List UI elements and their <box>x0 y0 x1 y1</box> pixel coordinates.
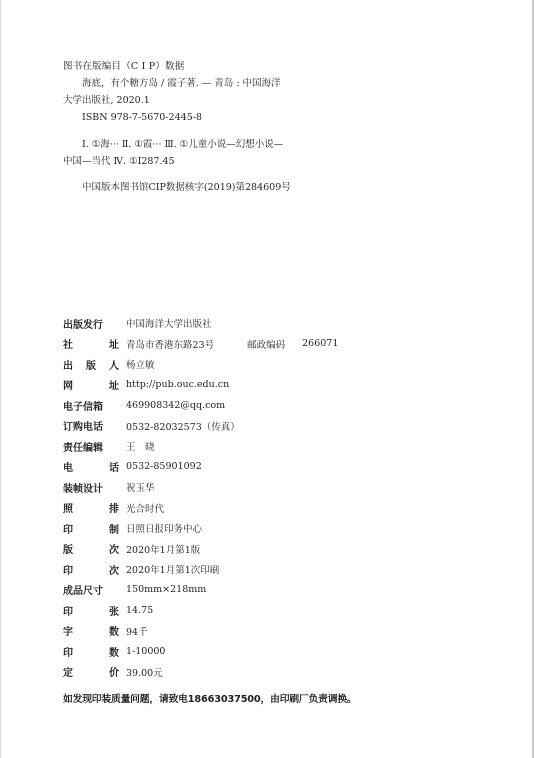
info-row-publisher-person: 出版人 杨立敏 <box>63 354 483 375</box>
row-label: 装帧设计 <box>63 480 119 495</box>
row-label: 电话 <box>63 459 119 474</box>
label-char: 话 <box>109 459 119 474</box>
label-char: 张 <box>109 603 119 618</box>
label-text: 责任编辑 <box>63 439 103 454</box>
label-char: 电 <box>63 459 73 474</box>
row-value: 祝玉华 <box>119 480 155 494</box>
cip-block: 图书在版编目（C I P）数据 海底，有个糖方岛 / 霞子著. — 青岛 : 中… <box>63 58 323 196</box>
row-value: 2020年1月第1版 <box>119 542 200 556</box>
label-char: 照 <box>63 500 73 515</box>
label-char: 数 <box>109 623 119 638</box>
row-label: 网址 <box>63 377 119 392</box>
row-value: 14.75 <box>119 605 153 616</box>
info-row-typesetting: 照排 光合时代 <box>63 498 483 519</box>
row-value: 0532-85901092 <box>119 461 202 472</box>
row-value: 杨立敏 <box>119 357 155 371</box>
row-value: http://pub.ouc.edu.cn <box>119 379 229 390</box>
info-row-sheets: 印张 14.75 <box>63 600 483 621</box>
quality-notice: 如发现印装质量问题，请致电18663037500，由印刷厂负责调换。 <box>63 691 483 705</box>
publication-info: 出版发行 中国海洋大学出版社 社址 青岛市香港东路23号 邮政编码 266071… <box>63 313 483 705</box>
info-row-phone: 电话 0532-85901092 <box>63 457 483 478</box>
postal-code-label: 邮政编码 <box>240 337 285 351</box>
cip-title-line-2: 大学出版社, 2020.1 <box>63 92 323 109</box>
info-row-word-count: 字数 94千 <box>63 621 483 642</box>
label-text: 电子信箱 <box>63 398 103 413</box>
info-row-website: 网址 http://pub.ouc.edu.cn <box>63 375 483 396</box>
cip-number: 中国版本图书馆CIP数据核字(2019)第284609号 <box>63 179 323 196</box>
label-char: 址 <box>109 377 119 392</box>
label-char: 价 <box>109 664 119 679</box>
row-label: 印制 <box>63 521 119 536</box>
label-char: 印 <box>63 562 73 577</box>
label-text: 装帧设计 <box>63 480 103 495</box>
label-char: 网 <box>63 377 73 392</box>
row-label: 责任编辑 <box>63 439 119 454</box>
cip-isbn: ISBN 978-7-5670-2445-8 <box>63 109 323 126</box>
label-char: 排 <box>109 500 119 515</box>
row-value: 2020年1月第1次印刷 <box>119 562 219 576</box>
label-char: 次 <box>109 541 119 556</box>
label-char: 印 <box>63 521 73 536</box>
label-char: 版 <box>63 541 73 556</box>
postal-code-value: 266071 <box>295 338 338 349</box>
row-label: 出版人 <box>63 357 119 372</box>
label-char: 制 <box>109 521 119 536</box>
cip-heading: 图书在版编目（C I P）数据 <box>63 58 323 75</box>
label-char: 次 <box>109 562 119 577</box>
label-char: 出 <box>63 357 73 372</box>
info-row-publisher: 出版发行 中国海洋大学出版社 <box>63 313 483 334</box>
row-label: 印次 <box>63 562 119 577</box>
info-row-editor: 责任编辑 王 晓 <box>63 436 483 457</box>
label-char: 版 <box>86 357 96 372</box>
info-row-printer: 印制 日照日报印务中心 <box>63 518 483 539</box>
row-value: 中国海洋大学出版社 <box>119 316 212 330</box>
row-label: 订购电话 <box>63 418 119 433</box>
row-label: 社址 <box>63 336 119 351</box>
row-value: 39.00元 <box>119 665 163 679</box>
label-char: 址 <box>109 336 119 351</box>
info-row-size: 成品尺寸 150mm×218mm <box>63 580 483 601</box>
info-row-printing: 印次 2020年1月第1次印刷 <box>63 559 483 580</box>
label-char: 人 <box>109 357 119 372</box>
info-row-print-run: 印数 1-10000 <box>63 641 483 662</box>
label-char: 定 <box>63 664 73 679</box>
spacer <box>63 126 323 136</box>
row-value: 王 晓 <box>119 439 155 453</box>
info-row-order-phone: 订购电话 0532-82032573（传真） <box>63 416 483 437</box>
info-row-designer: 装帧设计 祝玉华 <box>63 477 483 498</box>
label-char: 社 <box>63 336 73 351</box>
row-label: 印数 <box>63 644 119 659</box>
row-value: 94千 <box>119 624 148 638</box>
row-label: 定价 <box>63 664 119 679</box>
row-label: 成品尺寸 <box>63 582 119 597</box>
row-value: 青岛市香港东路23号 <box>119 337 214 351</box>
label-char: 印 <box>63 644 73 659</box>
label-text: 成品尺寸 <box>63 582 103 597</box>
label-text: 订购电话 <box>63 418 103 433</box>
copyright-page: 图书在版编目（C I P）数据 海底，有个糖方岛 / 霞子著. — 青岛 : 中… <box>0 0 534 758</box>
row-value: 0532-82032573（传真） <box>119 419 240 433</box>
row-label: 出版发行 <box>63 316 119 331</box>
row-value: 日照日报印务中心 <box>119 521 202 535</box>
spacer <box>63 170 323 179</box>
row-value: 1-10000 <box>119 646 165 657</box>
label-char: 印 <box>63 603 73 618</box>
row-label: 照排 <box>63 500 119 515</box>
info-row-email: 电子信箱 469908342@qq.com <box>63 395 483 416</box>
row-value: 469908342@qq.com <box>119 400 225 411</box>
info-row-address: 社址 青岛市香港东路23号 邮政编码 266071 <box>63 334 483 355</box>
row-label: 电子信箱 <box>63 398 119 413</box>
row-value: 150mm×218mm <box>119 584 206 595</box>
cip-title-line-1: 海底，有个糖方岛 / 霞子著. — 青岛 : 中国海洋 <box>63 75 323 92</box>
row-label: 字数 <box>63 623 119 638</box>
label-char: 字 <box>63 623 73 638</box>
row-value: 光合时代 <box>119 501 164 515</box>
info-row-edition: 版次 2020年1月第1版 <box>63 539 483 560</box>
info-row-price: 定价 39.00元 <box>63 662 483 683</box>
label-char: 数 <box>109 644 119 659</box>
cip-classification-line-2: 中国—当代 Ⅳ. ①I287.45 <box>63 153 323 170</box>
row-label: 印张 <box>63 603 119 618</box>
row-label: 版次 <box>63 541 119 556</box>
cip-classification-line-1: Ⅰ. ①海··· Ⅱ. ①霞··· Ⅲ. ①儿童小说—幻想小说— <box>63 136 323 153</box>
label-text: 出版发行 <box>63 316 103 331</box>
